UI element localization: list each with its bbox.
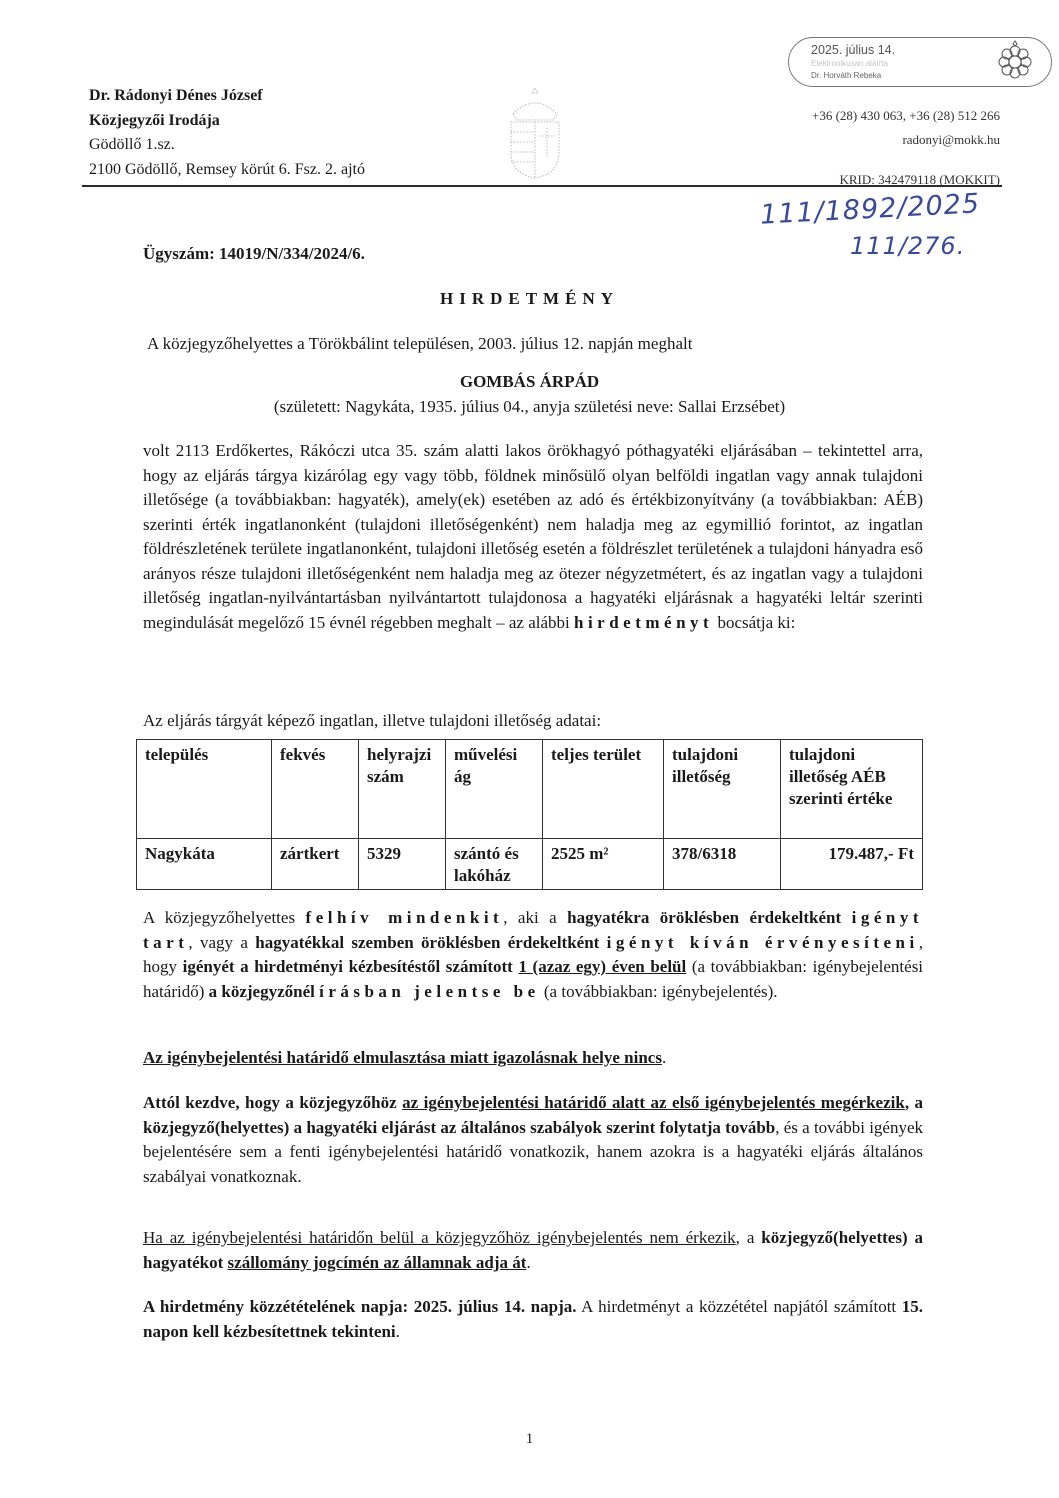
office-title: Közjegyzői Irodája — [89, 109, 365, 134]
office-phone: +36 (28) 430 063, +36 (28) 512 266 — [812, 104, 1000, 128]
handwritten-registry-number: 111/1892/2025 — [759, 188, 980, 230]
notary-seal-icon — [993, 40, 1037, 84]
table-cell: zártkert — [272, 839, 359, 890]
paragraph-publication-date: A hirdetmény közzétételének napja: 2025.… — [143, 1295, 923, 1344]
table-header: tulajdoni illetőség — [664, 740, 781, 839]
table-cell: 378/6318 — [664, 839, 781, 890]
emphasis-hirdetmenyt: hirdetményt — [574, 613, 713, 632]
case-number: Ügyszám: 14019/N/334/2024/6. — [143, 244, 365, 264]
paragraph-no-claim: Ha az igénybejelentési határidőn belül a… — [143, 1226, 923, 1275]
office-email: radonyi@mokk.hu — [812, 128, 1000, 152]
office-contacts: +36 (28) 430 063, +36 (28) 512 266 radon… — [812, 104, 1000, 152]
property-table: település fekvés helyrajzi szám művelési… — [136, 739, 923, 890]
table-header: helyrajzi szám — [359, 740, 446, 839]
table-header: művelési ág — [446, 740, 543, 839]
table-header: teljes terület — [543, 740, 664, 839]
handwritten-subnumber: 111/276. — [850, 232, 965, 260]
deceased-details: (született: Nagykáta, 1935. július 04., … — [0, 397, 1059, 417]
stamp-date: 2025. július 14. — [811, 43, 895, 57]
table-header: tulajdoni illetőség AÉB szerinti értéke — [781, 740, 923, 839]
stamp-signer: Dr. Horváth Rebeka — [811, 71, 881, 80]
table-cell: 5329 — [359, 839, 446, 890]
intro-text: A közjegyzőhelyettes a Törökbálint telep… — [147, 334, 692, 354]
paragraph-property-intro: Az eljárás tárgyát képező ingatlan, ille… — [143, 709, 923, 734]
hungarian-coat-of-arms-icon — [503, 86, 567, 180]
paragraph-procedure: volt 2113 Erdőkertes, Rákóczi utca 35. s… — [143, 439, 923, 635]
document-title: HIRDETMÉNY — [0, 289, 1059, 309]
paragraph-no-excuse: Az igénybejelentési határidő elmulasztás… — [143, 1046, 923, 1071]
deceased-name: GOMBÁS ÁRPÁD — [0, 372, 1059, 392]
table-row: Nagykáta zártkert 5329 szántó és lakóház… — [137, 839, 923, 890]
stamp-subtitle: Elektronikusan aláírta — [811, 59, 888, 68]
paragraph-call-for-claims: A közjegyzőhelyettes felhív mindenkit, a… — [143, 906, 923, 1004]
office-header: Dr. Rádonyi Dénes József Közjegyzői Irod… — [89, 84, 365, 182]
table-cell: 179.487,- Ft — [781, 839, 923, 890]
electronic-signature-stamp: 2025. július 14. Elektronikusan aláírta … — [788, 37, 1052, 87]
office-address: 2100 Gödöllő, Remsey körút 6. Fsz. 2. aj… — [89, 158, 365, 183]
table-cell: szántó és lakóház — [446, 839, 543, 890]
table-cell: 2525 m² — [543, 839, 664, 890]
table-header: fekvés — [272, 740, 359, 839]
page-number: 1 — [0, 1431, 1059, 1448]
table-cell: Nagykáta — [137, 839, 272, 890]
table-header: település — [137, 740, 272, 839]
header-divider — [82, 185, 1002, 187]
paragraph-first-claim: Attól kezdve, hogy a közjegyzőhöz az igé… — [143, 1091, 923, 1189]
notary-name: Dr. Rádonyi Dénes József — [89, 84, 365, 109]
table-header-row: település fekvés helyrajzi szám művelési… — [137, 740, 923, 839]
office-seat: Gödöllő 1.sz. — [89, 133, 365, 158]
